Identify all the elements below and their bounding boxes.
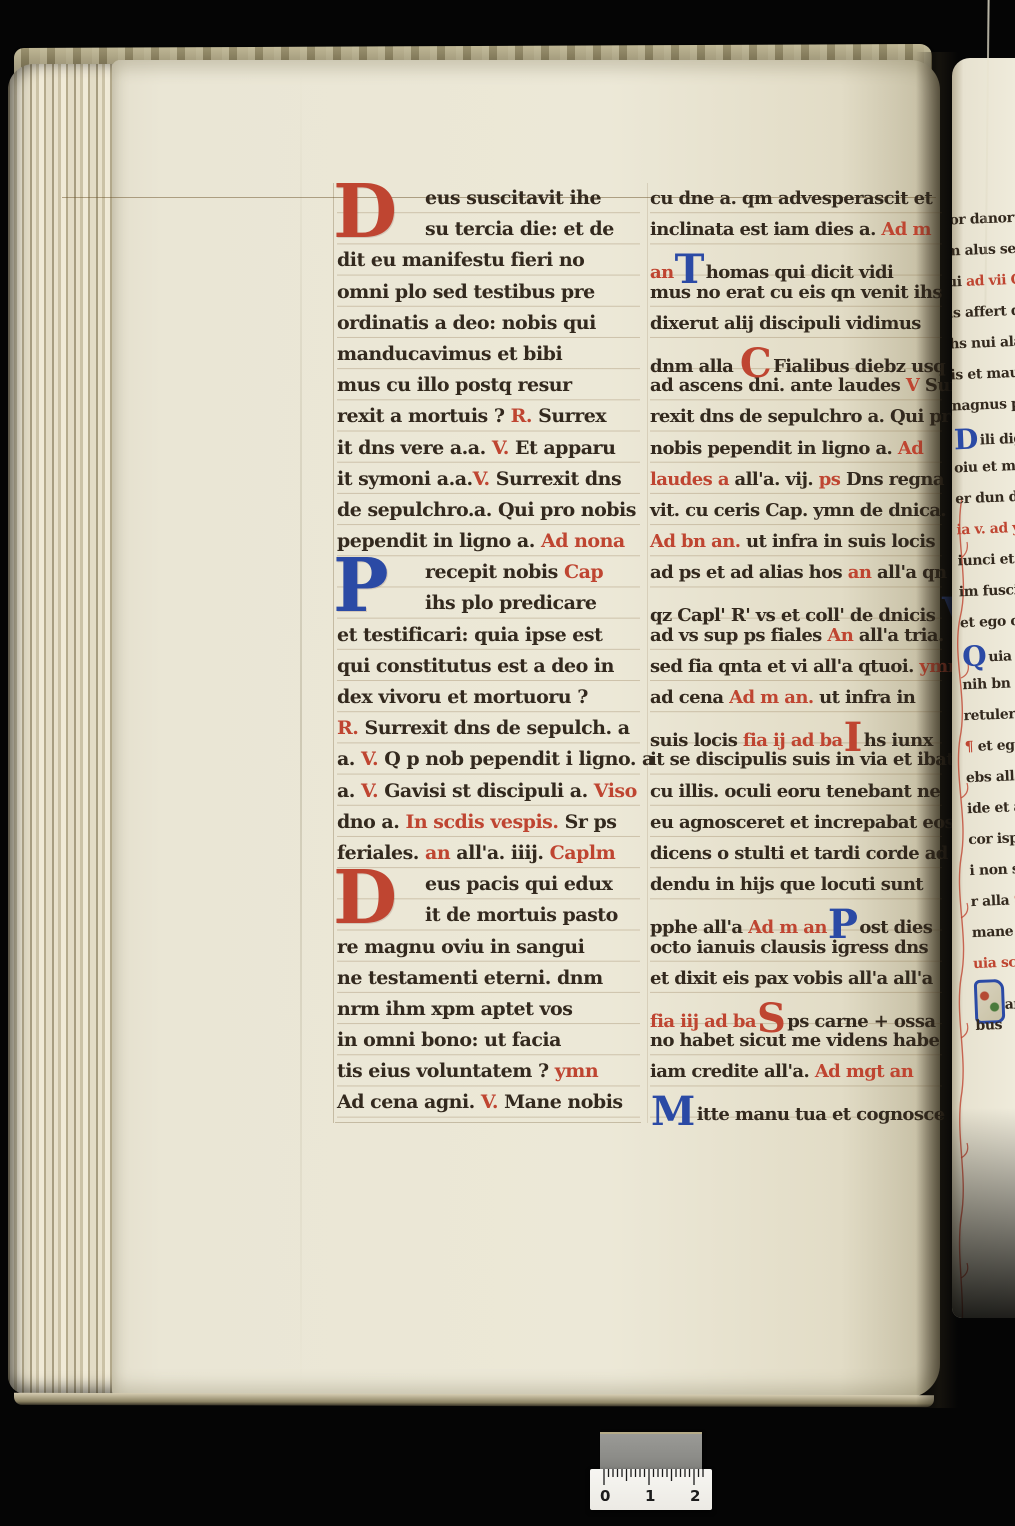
text-line: iunci et ys xyxy=(957,544,1015,578)
text-line: ebs alla. ad xyxy=(965,761,1015,795)
text-segment: ani xyxy=(1004,996,1015,1013)
text-line: ad ascens dni. ante laudes V Sur xyxy=(650,370,942,401)
scale-bar-gray-block xyxy=(600,1432,702,1471)
text-segment: Ad cena agni. xyxy=(337,1091,481,1113)
text-segment: R. xyxy=(337,717,358,739)
text-segment: rexit a mortuis ? xyxy=(337,405,511,427)
text-segment: itte manu tua et cognosce xyxy=(697,1104,945,1125)
text-segment: nrm ihm xpm aptet vos xyxy=(337,998,572,1020)
scale-bar: 012 xyxy=(590,1430,712,1510)
text-line: mus cu illo postq resur xyxy=(337,370,640,401)
text-line: hs nui ala xyxy=(952,327,1015,361)
text-segment: ne testamenti eterni. dnm xyxy=(337,967,603,989)
text-line: r alla Sab'a xyxy=(970,884,1015,918)
text-line: m alus sed b xyxy=(952,234,1015,268)
text-segment: sed fia qnta et vi all'a qtuoi. xyxy=(650,656,919,677)
text-segment: mane p ima xyxy=(972,922,1015,941)
scale-bar-cm-scale: 012 xyxy=(590,1469,712,1510)
text-segment: et ego cu col xyxy=(960,612,1015,632)
text-segment: dixerut alij discipuli vidimus xyxy=(650,313,921,334)
page-crease xyxy=(300,70,302,1390)
text-line: ia v. ad yn xyxy=(956,513,1015,547)
text-line: retulerut a xyxy=(963,699,1015,733)
text-segment: octo ianuis clausis igress dns xyxy=(650,937,928,958)
text-segment: V. xyxy=(361,748,378,770)
text-line: R. Surrexit dns de sepulch. a xyxy=(337,713,640,744)
text-segment: Gavisi st discipuli a. xyxy=(378,780,594,802)
text-segment: ordinatis a deo: nobis qui xyxy=(337,312,596,334)
text-line: in omni bono: ut facia xyxy=(337,1025,640,1056)
text-segment: iunci et ys xyxy=(957,550,1015,569)
inline-initial: T xyxy=(675,250,704,290)
text-segment: all'a. vij. xyxy=(729,469,819,490)
text-segment: V. xyxy=(481,1091,498,1113)
text-line: lor danoru xyxy=(952,203,1015,237)
text-line: omni plo sed testibus pre xyxy=(337,277,640,308)
text-line: ¶ et ego v xyxy=(964,730,1015,764)
text-segment: Ad mgt an xyxy=(815,1061,913,1082)
text-line: dendu in hijs que locuti sunt xyxy=(650,869,942,900)
text-line: cu dne a. qm advesperascit et xyxy=(650,183,942,214)
text-segment: it symoni a.a. xyxy=(337,468,473,490)
text-segment: omni plo sed testibus pre xyxy=(337,281,595,303)
text-line: sed fia qnta et vi all'a qtuoi. ymn xyxy=(650,651,942,682)
text-segment: vit. cu ceris Cap. ymn de dnica. xyxy=(650,500,946,521)
text-segment: a. xyxy=(337,780,361,802)
ruler-number: 2 xyxy=(690,1487,700,1505)
text-segment: an xyxy=(848,562,872,583)
text-line: rexit a mortuis ? R. Surrex xyxy=(337,401,640,432)
column-c2: cu dne a. qm advesperascit etinclinata e… xyxy=(650,183,942,1119)
text-segment: a. xyxy=(337,748,361,770)
text-line: suis locis fia ij ad baIhs iunx xyxy=(650,713,942,744)
text-segment: et dixit eis pax vobis all'a all'a xyxy=(650,968,933,989)
inline-initial: Q xyxy=(962,642,987,671)
text-segment: Ad nona xyxy=(541,530,625,552)
ruler-tick-marks xyxy=(590,1469,712,1487)
text-line: dnm alla CFialibus diebz usq xyxy=(650,339,942,370)
text-segment: tis eius voluntatem ? xyxy=(337,1060,555,1082)
text-segment: ad vii C xyxy=(966,272,1015,290)
text-line: a. V. Q p nob pependit i ligno. a xyxy=(337,744,640,775)
text-segment: Surrexit dns de sepulch. a xyxy=(358,717,629,739)
text-segment: ebs alla. xyxy=(966,768,1015,787)
text-segment: ide et alle xyxy=(967,798,1015,817)
text-segment: et ego v xyxy=(973,737,1015,755)
text-segment: Ad m an. xyxy=(729,687,813,708)
text-segment: all'a. iiij. xyxy=(450,842,549,864)
text-line: it dns vere a.a. V. Et apparu xyxy=(337,433,640,464)
text-segment: Et apparu xyxy=(509,437,616,459)
text-segment: de sepulchro.a. Qui pro nobis xyxy=(337,499,636,521)
column-c1: eus suscitavit ihesu tercia die: et dedi… xyxy=(337,183,640,1119)
text-segment: eus pacis qui edux xyxy=(425,873,612,895)
margin-drop-cap: P xyxy=(333,549,388,623)
text-segment: no habet sicut me videns habe xyxy=(650,1030,939,1051)
text-line: bus xyxy=(975,1008,1015,1042)
text-line: ad cena Ad m an. ut infra in xyxy=(650,682,942,713)
text-line: octo ianuis clausis igress dns xyxy=(650,932,942,963)
inline-initial: C xyxy=(740,344,771,384)
text-segment: Surrexit dns xyxy=(490,468,622,490)
text-line: a. V. Gavisi st discipuli a. Viso xyxy=(337,776,640,807)
text-segment: V. xyxy=(361,780,378,802)
text-segment: qui constitutus est a deo in xyxy=(337,655,614,677)
text-segment: cor ispcm d xyxy=(968,829,1015,848)
text-segment: nobis pependit in ligno a. xyxy=(650,438,898,459)
text-segment: Sr ps xyxy=(558,811,616,833)
text-line: qui constitutus est a deo in xyxy=(337,651,640,682)
text-segment: iam credite all'a. xyxy=(650,1061,815,1082)
text-segment: eu agnosceret et increpabat eos xyxy=(650,812,954,833)
text-segment: i non sur l xyxy=(969,860,1015,879)
text-segment: is et maur xyxy=(952,365,1015,384)
text-line: nrm ihm xpm aptet vos xyxy=(337,994,640,1025)
left-margin-ruling xyxy=(333,183,334,1123)
text-segment: ps xyxy=(819,469,841,490)
text-segment: ili digni xyxy=(980,430,1015,448)
text-segment: er dun dns xyxy=(955,488,1015,507)
text-line: eu agnosceret et increpabat eos xyxy=(650,807,942,838)
text-segment: Mane nobis xyxy=(498,1091,623,1113)
text-line: ad ps et ad alias hos an all'a qn xyxy=(650,557,942,588)
ruler-number: 0 xyxy=(600,1487,610,1505)
text-line: mane p ima xyxy=(971,915,1015,949)
inline-initial: D xyxy=(953,426,978,455)
text-segment: hs nui ala xyxy=(952,334,1015,353)
text-segment: ui xyxy=(952,274,966,291)
margin-drop-cap: D xyxy=(333,175,397,249)
inline-initial: M xyxy=(651,1092,695,1132)
text-segment: Ad bn an. xyxy=(650,531,740,552)
text-line: et dixit eis pax vobis all'a all'a xyxy=(650,963,942,994)
text-line: ordinatis a deo: nobis qui xyxy=(337,308,640,339)
text-line: qz Capl' R' vs et coll' de dnicis V xyxy=(650,588,942,619)
text-segment: V. xyxy=(473,468,490,490)
text-segment: inclinata est iam dies a. xyxy=(650,219,881,240)
text-line: dixerut alij discipuli vidimus xyxy=(650,308,942,339)
inline-initial: S xyxy=(757,999,785,1039)
text-segment: Viso xyxy=(594,780,637,802)
text-segment: Q p nob pependit i ligno. a xyxy=(378,748,654,770)
page-stack-fore-edges xyxy=(8,64,120,1394)
text-line: ide et alle xyxy=(967,792,1015,826)
text-segment: dno a. xyxy=(337,811,405,833)
text-line: it se discipulis suis in via et ibat xyxy=(650,744,942,775)
text-line: er dun dns xyxy=(955,482,1015,516)
text-line: ne testamenti eterni. dnm xyxy=(337,963,640,994)
text-segment: ymn xyxy=(555,1060,598,1082)
ruler-number: 1 xyxy=(645,1487,655,1505)
right-page-sliver: lor danorum alus sed bui ad vii Cis affe… xyxy=(952,58,1015,1318)
text-segment: an xyxy=(425,842,450,864)
text-segment: ia v. ad yn xyxy=(956,520,1015,539)
text-segment: uia vidi xyxy=(988,647,1015,665)
text-segment: recepit nobis xyxy=(425,561,564,583)
intercolumn-ruling xyxy=(647,183,648,1123)
text-segment: lor danoru xyxy=(952,210,1015,229)
text-segment: ad ascens dni. ante laudes xyxy=(650,375,906,396)
text-segment: Surrex xyxy=(532,405,606,427)
text-segment: dendu in hijs que locuti sunt xyxy=(650,874,923,895)
text-line: it symoni a.a.V. Surrexit dns xyxy=(337,464,640,495)
text-segment: Cap xyxy=(564,561,603,583)
text-segment: laudes a xyxy=(650,469,729,490)
text-segment: ad cena xyxy=(650,687,729,708)
text-segment: oiu et man xyxy=(954,457,1015,476)
text-line: cu illis. oculi eoru tenebant ne xyxy=(650,776,942,807)
text-line: de sepulchro.a. Qui pro nobis xyxy=(337,495,640,526)
text-segment: ut infra in xyxy=(814,687,916,708)
text-line: ui ad vii C xyxy=(952,265,1015,299)
text-segment: it se discipulis suis in via et ibat xyxy=(650,749,954,770)
text-segment: ad ps et ad alias hos xyxy=(650,562,848,583)
text-line: i non sur l xyxy=(969,853,1015,887)
text-segment: nih bn qui v xyxy=(962,674,1015,693)
text-line: ad vs sup ps fiales An all'a tria. xyxy=(650,620,942,651)
text-segment: cu illis. oculi eoru tenebant ne xyxy=(650,781,940,802)
text-segment: manducavimus et bibi xyxy=(337,343,562,365)
text-line: et ego cu col xyxy=(959,606,1015,640)
text-segment: im fuscinul xyxy=(959,581,1015,600)
text-segment: r alla xyxy=(970,892,1014,910)
bottom-ruling-line xyxy=(335,1122,641,1123)
text-segment: ad vs sup ps fiales xyxy=(650,625,827,646)
text-line: vit. cu ceris Cap. ymn de dnica. xyxy=(650,495,942,526)
text-segment: it dns vere a.a. xyxy=(337,437,492,459)
text-line: rexit dns de sepulchro a. Qui pro xyxy=(650,401,942,432)
text-segment: in omni bono: ut facia xyxy=(337,1029,561,1051)
text-line: dex vivoru et mortuoru ? xyxy=(337,682,640,713)
text-segment: Caplm xyxy=(550,842,616,864)
text-segment: V. xyxy=(492,437,509,459)
text-line: ani xyxy=(974,977,1015,1011)
text-line: nobis pependit in ligno a. Ad xyxy=(650,433,942,464)
sliver-shadow-fade xyxy=(952,1108,1015,1318)
text-line: Mitte manu tua et cognosce xyxy=(650,1087,942,1118)
inline-initial: I xyxy=(844,718,862,758)
text-line: Quia vidi xyxy=(961,637,1015,671)
inline-initial: P xyxy=(828,905,857,945)
text-segment: uia scda ad xyxy=(973,953,1015,972)
text-line: cor ispcm d xyxy=(968,823,1015,857)
text-segment: cu dne a. qm advesperascit et xyxy=(650,188,932,209)
text-segment: m alus sed b xyxy=(952,240,1015,260)
text-line: anThomas qui dicit vidi xyxy=(650,245,942,276)
text-line: inclinata est iam dies a. Ad m xyxy=(650,214,942,245)
text-line: laudes a all'a. vij. ps Dns regna xyxy=(650,464,942,495)
text-segment: An xyxy=(827,625,853,646)
text-segment: R. xyxy=(511,405,532,427)
text-segment: it de mortuis pasto xyxy=(425,904,618,926)
text-segment: In scdis vespis. xyxy=(405,811,558,833)
text-segment: eus suscitavit ihe xyxy=(425,187,601,209)
margin-drop-cap: D xyxy=(333,861,397,935)
text-line: iam credite all'a. Ad mgt an xyxy=(650,1056,942,1087)
text-segment: su tercia die: et de xyxy=(425,218,614,240)
text-line: Ad bn an. ut infra in suis locis xyxy=(650,526,942,557)
text-line: Ad cena agni. V. Mane nobis xyxy=(337,1087,640,1118)
text-line: dno a. In scdis vespis. Sr ps xyxy=(337,807,640,838)
text-segment: nagnus puc xyxy=(952,395,1015,414)
text-line: manducavimus et bibi xyxy=(337,339,640,370)
text-line: uia scda ad xyxy=(973,946,1015,980)
text-segment: ut infra in suis locis xyxy=(740,531,935,552)
text-segment: mus cu illo postq resur xyxy=(337,374,572,396)
text-line: fia iij ad baSps carne + ossa xyxy=(650,994,942,1025)
text-line: dicens o stulti et tardi corde ad cre xyxy=(650,838,942,869)
manuscript-photo-stage: eus suscitavit ihesu tercia die: et dedi… xyxy=(0,0,1015,1526)
text-segment: ihs plo predicare xyxy=(425,592,597,614)
text-line: is et maur xyxy=(952,358,1015,392)
text-line: pphe all'a Ad m anPost dies xyxy=(650,900,942,931)
text-line: Dili digni xyxy=(952,420,1015,454)
text-segment: rexit dns de sepulchro a. Qui pro xyxy=(650,406,962,427)
text-line: im fuscinul xyxy=(958,575,1015,609)
text-segment: dex vivoru et mortuoru ? xyxy=(337,686,588,708)
text-line: nagnus puc xyxy=(952,389,1015,423)
text-line: no habet sicut me videns habe xyxy=(650,1025,942,1056)
text-segment: bus xyxy=(975,1017,1002,1034)
book-bottom-edge xyxy=(14,1393,934,1407)
text-line: tis eius voluntatem ? ymn xyxy=(337,1056,640,1087)
text-segment: retulerut a xyxy=(963,705,1015,724)
